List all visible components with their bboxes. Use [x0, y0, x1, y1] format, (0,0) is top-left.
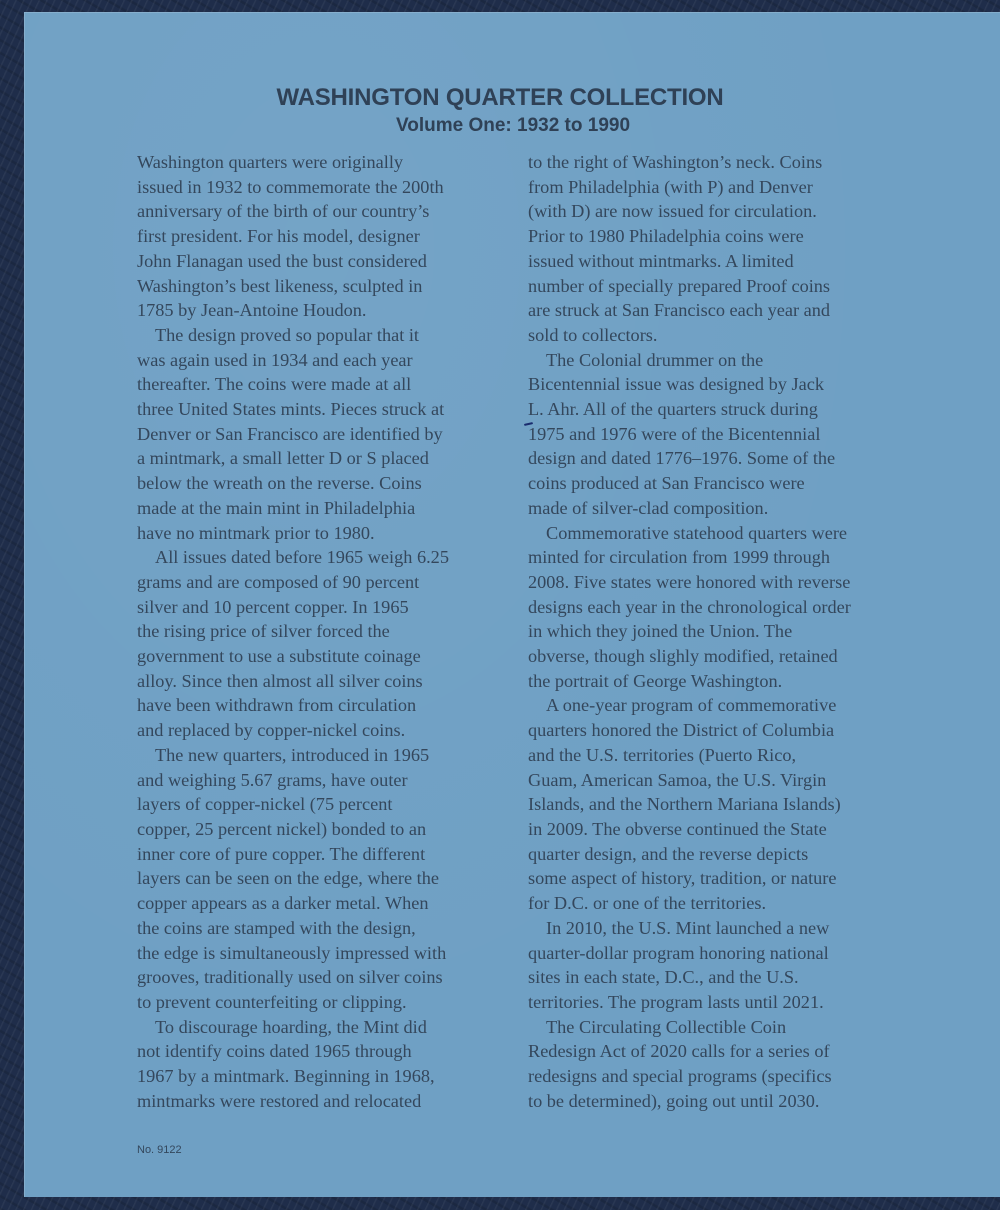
text-line: are struck at San Francisco each year an… — [528, 298, 898, 323]
text-line: Commemorative statehood quarters were — [528, 521, 898, 546]
text-line: and the U.S. territories (Puerto Rico, — [528, 743, 898, 768]
text-line: In 2010, the U.S. Mint launched a new — [528, 916, 898, 941]
text-line: Bicentennial issue was designed by Jack — [528, 372, 898, 397]
text-line: copper appears as a darker metal. When — [137, 891, 507, 916]
text-line: have been withdrawn from circulation — [137, 693, 507, 718]
text-line: silver and 10 percent copper. In 1965 — [137, 595, 507, 620]
text-line: to the right of Washington’s neck. Coins — [528, 150, 898, 175]
text-line: anniversary of the birth of our country’… — [137, 199, 507, 224]
text-line: 2008. Five states were honored with reve… — [528, 570, 898, 595]
text-line: A one-year program of commemorative — [528, 693, 898, 718]
text-line: designs each year in the chronological o… — [528, 595, 898, 620]
text-line: sites in each state, D.C., and the U.S. — [528, 965, 898, 990]
text-line: layers of copper-nickel (75 percent — [137, 792, 507, 817]
text-line: the portrait of George Washington. — [528, 669, 898, 694]
text-line: number of specially prepared Proof coins — [528, 274, 898, 299]
text-line: minted for circulation from 1999 through — [528, 545, 898, 570]
text-line: Washington quarters were originally — [137, 150, 507, 175]
text-line: for D.C. or one of the territories. — [528, 891, 898, 916]
text-line: quarter design, and the reverse depicts — [528, 842, 898, 867]
text-line: 1967 by a mintmark. Beginning in 1968, — [137, 1064, 507, 1089]
text-line: and replaced by copper-nickel coins. — [137, 718, 507, 743]
text-line: in 2009. The obverse continued the State — [528, 817, 898, 842]
text-line: John Flanagan used the bust considered — [137, 249, 507, 274]
text-line: The design proved so popular that it — [137, 323, 507, 348]
text-line: L. Ahr. All of the quarters struck durin… — [528, 397, 898, 422]
text-line: to be determined), going out until 2030. — [528, 1089, 898, 1114]
text-line: a mintmark, a small letter D or S placed — [137, 446, 507, 471]
text-line: mintmarks were restored and relocated — [137, 1089, 507, 1114]
text-line: Islands, and the Northern Mariana Island… — [528, 792, 898, 817]
text-line: thereafter. The coins were made at all — [137, 372, 507, 397]
text-line: The Colonial drummer on the — [528, 348, 898, 373]
text-line: obverse, though slighly modified, retain… — [528, 644, 898, 669]
text-line: 1975 and 1976 were of the Bicentennial — [528, 422, 898, 447]
text-line: grooves, traditionally used on silver co… — [137, 965, 507, 990]
text-line: not identify coins dated 1965 through — [137, 1039, 507, 1064]
page-title: WASHINGTON QUARTER COLLECTION — [0, 84, 1000, 112]
catalog-number: No. 9122 — [137, 1144, 182, 1156]
right-text-column: to the right of Washington’s neck. Coins… — [528, 150, 898, 1113]
text-line: To discourage hoarding, the Mint did — [137, 1015, 507, 1040]
text-line: first president. For his model, designer — [137, 224, 507, 249]
text-line: alloy. Since then almost all silver coin… — [137, 669, 507, 694]
text-line: issued in 1932 to commemorate the 200th — [137, 175, 507, 200]
text-line: made of silver-clad composition. — [528, 496, 898, 521]
text-line: The new quarters, introduced in 1965 — [137, 743, 507, 768]
text-line: to prevent counterfeiting or clipping. — [137, 990, 507, 1015]
text-line: Guam, American Samoa, the U.S. Virgin — [528, 768, 898, 793]
text-line: the edge is simultaneously impressed wit… — [137, 941, 507, 966]
text-line: coins produced at San Francisco were — [528, 471, 898, 496]
text-line: the coins are stamped with the design, — [137, 916, 507, 941]
text-line: copper, 25 percent nickel) bonded to an — [137, 817, 507, 842]
text-line: inner core of pure copper. The different — [137, 842, 507, 867]
text-line: Prior to 1980 Philadelphia coins were — [528, 224, 898, 249]
text-line: some aspect of history, tradition, or na… — [528, 866, 898, 891]
text-line: from Philadelphia (with P) and Denver — [528, 175, 898, 200]
text-line: issued without mintmarks. A limited — [528, 249, 898, 274]
text-line: was again used in 1934 and each year — [137, 348, 507, 373]
text-line: in which they joined the Union. The — [528, 619, 898, 644]
text-line: redesigns and special programs (specific… — [528, 1064, 898, 1089]
text-line: below the wreath on the reverse. Coins — [137, 471, 507, 496]
text-line: territories. The program lasts until 202… — [528, 990, 898, 1015]
text-line: Denver or San Francisco are identified b… — [137, 422, 507, 447]
text-line: have no mintmark prior to 1980. — [137, 521, 507, 546]
text-line: quarter-dollar program honoring national — [528, 941, 898, 966]
text-line: quarters honored the District of Columbi… — [528, 718, 898, 743]
text-line: made at the main mint in Philadelphia — [137, 496, 507, 521]
text-line: government to use a substitute coinage — [137, 644, 507, 669]
page-subtitle: Volume One: 1932 to 1990 — [0, 114, 1000, 138]
text-line: design and dated 1776–1976. Some of the — [528, 446, 898, 471]
text-line: Redesign Act of 2020 calls for a series … — [528, 1039, 898, 1064]
text-line: Washington’s best likeness, sculpted in — [137, 274, 507, 299]
text-line: layers can be seen on the edge, where th… — [137, 866, 507, 891]
text-line: sold to collectors. — [528, 323, 898, 348]
text-line: 1785 by Jean-Antoine Houdon. — [137, 298, 507, 323]
text-line: grams and are composed of 90 percent — [137, 570, 507, 595]
text-line: the rising price of silver forced the — [137, 619, 507, 644]
text-line: (with D) are now issued for circulation. — [528, 199, 898, 224]
left-text-column: Washington quarters were originallyissue… — [137, 150, 507, 1113]
text-line: and weighing 5.67 grams, have outer — [137, 768, 507, 793]
text-line: The Circulating Collectible Coin — [528, 1015, 898, 1040]
text-line: All issues dated before 1965 weigh 6.25 — [137, 545, 507, 570]
text-line: three United States mints. Pieces struck… — [137, 397, 507, 422]
